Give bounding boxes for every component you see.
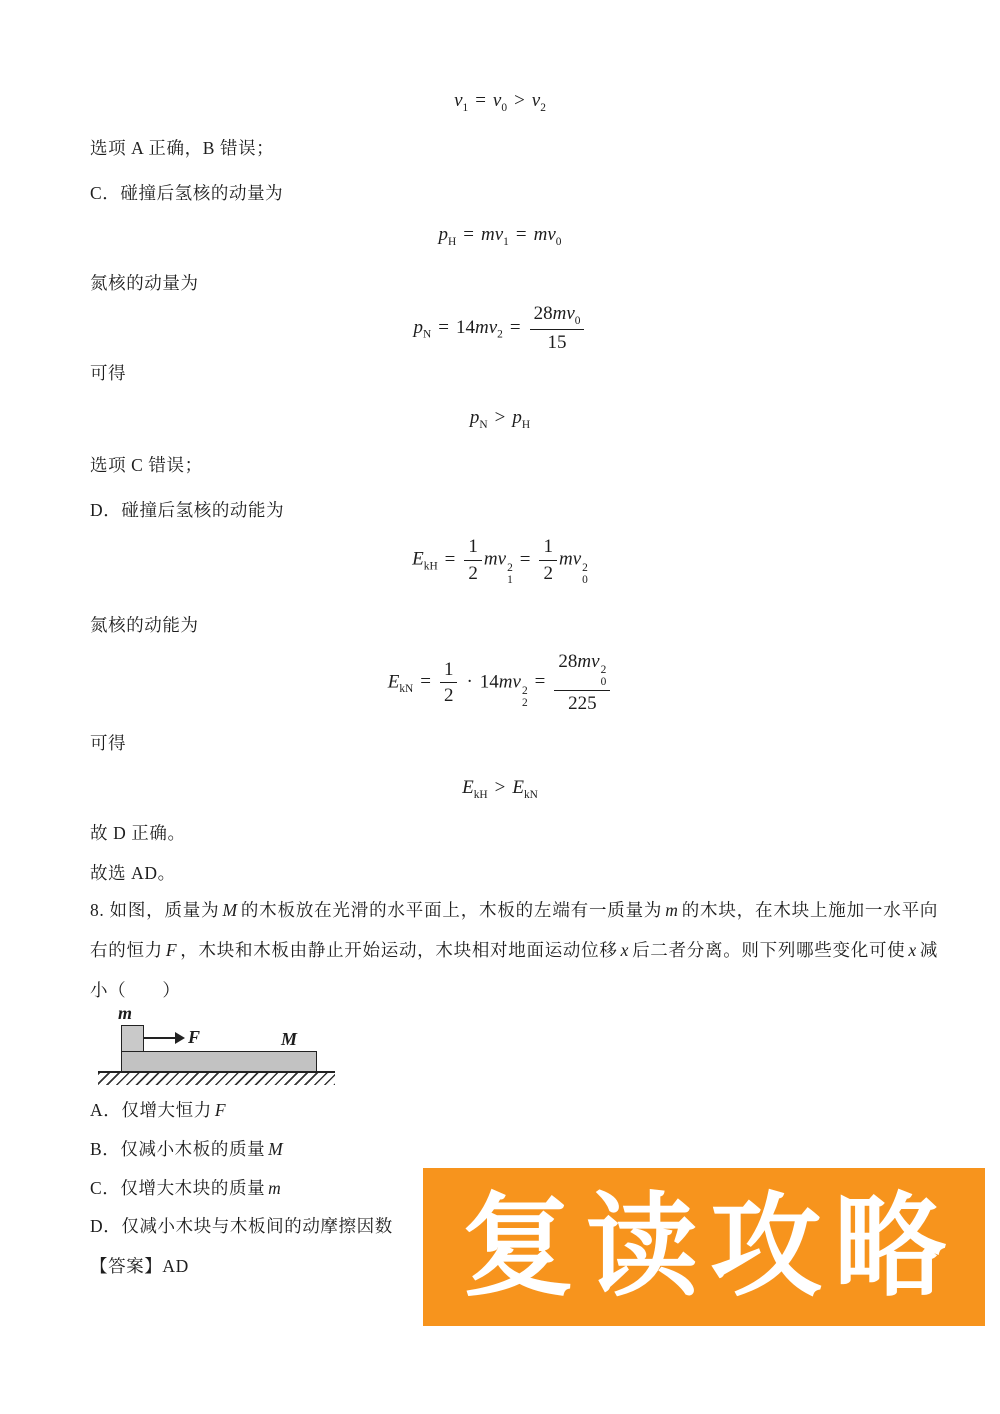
force-arrow-head-icon: [175, 1032, 185, 1044]
solution-line-kede-2: 可得: [90, 730, 126, 755]
figure-plank: [121, 1051, 317, 1072]
solution-line-option-ab: 选项 A 正确，B 错误；: [90, 135, 274, 160]
option-c: C．仅增大木块的质量m: [90, 1175, 284, 1200]
figure-small-block: [121, 1025, 144, 1052]
option-a: A．仅增大恒力F: [90, 1097, 229, 1122]
solution-line-nitrogen-energy: 氮核的动能为: [90, 612, 199, 637]
equation-EkH-gt-EkN: EkH>EkN: [0, 777, 1000, 801]
solution-line-answer-ad: 故选 AD。: [90, 860, 176, 885]
force-arrow: [144, 1037, 176, 1039]
equation-EkH: EkH=12mv21=12mv20: [0, 535, 1000, 587]
watermark-banner: 复读攻略: [423, 1168, 985, 1326]
question-8-text: 8. 如图，质量为M的木板放在光滑的水平面上，木板的左端有一质量为m的木块，在木…: [90, 890, 938, 1010]
answer-label: 【答案】AD: [90, 1253, 189, 1278]
equation-pN: pN=14mv2=28mv015: [0, 302, 1000, 355]
question-8-figure: m F M: [98, 1003, 343, 1095]
equation-pH: pH=mv1=mv0: [0, 224, 1000, 248]
option-b: B．仅减小木板的质量M: [90, 1136, 286, 1161]
equation-EkN: EkN=12·14mv22=28mv20225: [0, 650, 1000, 716]
figure-label-F: F: [188, 1027, 200, 1048]
option-d: D．仅减小木块与木板间的动摩擦因数: [90, 1213, 393, 1238]
figure-label-m: m: [118, 1003, 132, 1024]
equation-pN-gt-pH: pN>pH: [0, 407, 1000, 431]
document-page: v1=v0>v2 选项 A 正确，B 错误； C．碰撞后氢核的动量为 pH=mv…: [0, 0, 1000, 1414]
figure-label-M: M: [281, 1029, 297, 1050]
solution-line-option-c-heading: C．碰撞后氢核的动量为: [90, 180, 283, 205]
equation-v1-v0-v2: v1=v0>v2: [0, 90, 1000, 114]
figure-ground-hatching: [98, 1071, 335, 1085]
watermark-banner-text: 复读攻略: [450, 1191, 958, 1303]
solution-line-nitrogen-momentum: 氮核的动量为: [90, 270, 199, 295]
solution-line-d-correct: 故 D 正确。: [90, 820, 186, 845]
solution-line-option-c-wrong: 选项 C 错误；: [90, 452, 203, 477]
solution-line-option-d-heading: D．碰撞后氢核的动能为: [90, 497, 284, 522]
solution-line-kede-1: 可得: [90, 360, 126, 385]
